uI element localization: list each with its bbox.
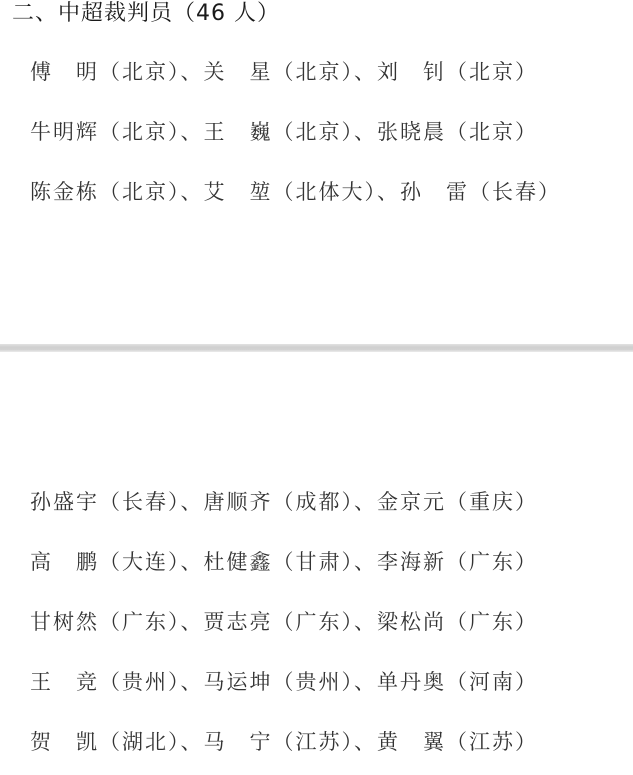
referee-line: 甘树然（广东）、贾志亮（广东）、梁松尚（广东）	[30, 606, 538, 636]
referee-line: 贺 凯（湖北）、马 宁（江苏）、黄 翼（江苏）	[30, 726, 538, 756]
referee-line: 高 鹏（大连）、杜健鑫（甘肃）、李海新（广东）	[30, 546, 538, 576]
page-divider	[0, 344, 633, 352]
referee-line: 陈金栋（北京）、艾 堃（北体大）、孙 雷（长春）	[30, 176, 561, 206]
referee-line: 王 竞（贵州）、马运坤（贵州）、单丹奥（河南）	[30, 666, 538, 696]
referee-line: 牛明辉（北京）、王 巍（北京）、张晓晨（北京）	[30, 116, 538, 146]
referee-line: 孙盛宇（长春）、唐顺齐（成都）、金京元（重庆）	[30, 486, 538, 516]
referee-line: 傅 明（北京）、关 星（北京）、刘 钊（北京）	[30, 56, 538, 86]
section-heading: 二、中超裁判员（46 人）	[12, 0, 280, 27]
